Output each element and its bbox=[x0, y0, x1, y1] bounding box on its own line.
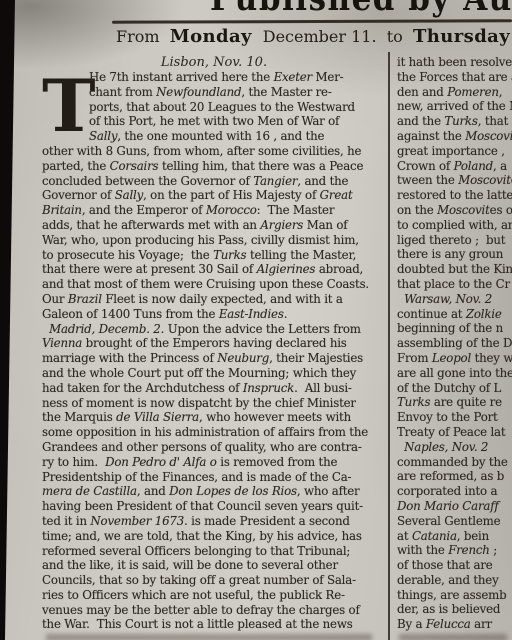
text-line: with the French ; bbox=[397, 543, 512, 558]
text-line: ry to him. Don Pedro d' Alfa o is remove… bbox=[42, 455, 386, 470]
text-line: Grandees and other persons of quality, w… bbox=[42, 440, 386, 455]
text-line: there is any groun bbox=[397, 247, 512, 262]
text-line: it hath been resolved bbox=[397, 55, 512, 70]
text-line: Envoy to the Port bbox=[397, 410, 512, 425]
text-line: on the Moscovites o bbox=[397, 203, 512, 218]
text-line: to prosecute his Voyage; the Turks telli… bbox=[42, 248, 386, 263]
text-line: of the Dutchy of L bbox=[397, 381, 512, 396]
text-line: reformed several Officers belonging to t… bbox=[42, 544, 386, 559]
text-line: new, arrived of the M bbox=[397, 99, 512, 114]
text-line: parted, the Corsairs telling him, that t… bbox=[42, 159, 386, 174]
dateline-day-start: Monday bbox=[170, 26, 252, 47]
text-line: beginning of the n bbox=[397, 321, 512, 336]
text-line: of those that are bbox=[397, 558, 512, 573]
text-line: Sally, the one mounted with 16 , and the bbox=[42, 129, 386, 144]
dateline-to-label: to bbox=[387, 27, 403, 46]
text-line: ness of moment is now dispatcht by the c… bbox=[42, 396, 386, 411]
text-line: Galeon of 1400 Tuns from the East-Indies… bbox=[42, 307, 386, 322]
text-line: Councils, that so by taking off a great … bbox=[42, 573, 386, 588]
text-line: Our Brazil Fleet is now daily expected, … bbox=[42, 292, 386, 307]
text-line: assembling of the D bbox=[397, 336, 512, 351]
right-column-text: it hath been resolvedthe Forces that are… bbox=[397, 55, 512, 632]
left-column: Lisbon, Nov. 10. T He 7th instant arrive… bbox=[42, 55, 386, 632]
text-line: and the whole Court put off the Mourning… bbox=[42, 366, 386, 381]
text-line: time; and, we are told, that the King, b… bbox=[42, 529, 386, 544]
text-line: marriage with the Princess of Neuburg, t… bbox=[42, 351, 386, 366]
text-line: War, who, upon producing his Pass, civil… bbox=[42, 233, 386, 248]
text-line: commanded by the bbox=[397, 455, 512, 470]
text-line: Treaty of Peace lat bbox=[397, 425, 512, 440]
cutoff-text-smudge-right bbox=[399, 634, 507, 640]
text-line: other with 8 Guns, from whom, after some… bbox=[42, 144, 386, 159]
dateline-from-label: From bbox=[116, 27, 160, 46]
text-line: the Marquis de Villa Sierra, who however… bbox=[42, 410, 386, 425]
dateline: From Monday December 11. to Thursday Dec bbox=[116, 26, 512, 47]
text-line: venues may be the better able to defray … bbox=[42, 603, 386, 618]
text-line: and the Turks, that t bbox=[397, 114, 512, 129]
right-column: it hath been resolvedthe Forces that are… bbox=[397, 55, 512, 632]
text-line: adds, that he afterwards met with an Arg… bbox=[42, 218, 386, 233]
text-line: continue at Zolkie bbox=[397, 307, 512, 322]
text-line: things, are assemb bbox=[397, 588, 512, 603]
newspaper-page: Published by Authority From Monday Decem… bbox=[0, 0, 512, 640]
text-line: liged thereto ; but bbox=[397, 233, 512, 248]
text-line: that there were at present 30 Sail of Al… bbox=[42, 262, 386, 277]
text-line: at Catania, bein bbox=[397, 529, 512, 544]
text-line: Crown of Poland, a bbox=[397, 159, 512, 174]
text-line: den and Pomeren, bbox=[397, 85, 512, 100]
text-line: are all gone into the bbox=[397, 366, 512, 381]
text-line: some opposition in his administration of… bbox=[42, 425, 386, 440]
text-line: mera de Castilla, and Don Lopes de los R… bbox=[42, 484, 386, 499]
masthead-fragment: Published by Authority bbox=[210, 0, 512, 19]
cutoff-text-smudge-left bbox=[46, 634, 372, 640]
text-line: ries to Officers which are not useful, t… bbox=[42, 588, 386, 603]
text-line: Several Gentleme bbox=[397, 514, 512, 529]
text-line: From Leopol they w bbox=[397, 351, 512, 366]
text-line: Don Mario Caraff bbox=[397, 499, 512, 514]
masthead-rule bbox=[112, 19, 512, 23]
text-line: the Forces that are a bbox=[397, 70, 512, 85]
text-line: the War. This Court is not a little plea… bbox=[42, 617, 386, 632]
text-line: restored to the latter bbox=[397, 188, 512, 203]
text-line: having been President of that Council se… bbox=[42, 499, 386, 514]
text-line: and the like, it is said, will be done t… bbox=[42, 558, 386, 573]
text-line: against the Moscovit bbox=[397, 129, 512, 144]
dateline-date-mid: December 11. bbox=[263, 27, 377, 46]
text-line: tween the Moscovite bbox=[397, 173, 512, 188]
text-line: Madrid, Decemb. 2. Upon the advice the L… bbox=[42, 322, 386, 337]
text-line: ports, that about 20 Leagues to the West… bbox=[42, 100, 386, 115]
text-line: Warsaw, Nov. 2 bbox=[397, 292, 512, 307]
text-line: are reformed, as b bbox=[397, 469, 512, 484]
text-line: Governor of Sally, on the part of His Ma… bbox=[42, 188, 386, 203]
text-line: chant from Newfoundland, the Master re- bbox=[42, 85, 386, 100]
dateline-day-end: Thursday bbox=[413, 26, 510, 47]
text-line: Britain, and the Emperor of Morocco: The… bbox=[42, 203, 386, 218]
text-line: Vienna brought of the Emperors having de… bbox=[42, 336, 386, 351]
text-line: that place to the Cr bbox=[397, 277, 512, 292]
text-line: Presidentship of the Finances, and is ma… bbox=[42, 470, 386, 485]
text-line: He 7th instant arrived here the Exeter M… bbox=[42, 70, 386, 85]
text-line: concluded between the Governor of Tangie… bbox=[42, 174, 386, 189]
column-divider bbox=[388, 52, 390, 640]
text-line: had taken for the Archdutchess of Inspru… bbox=[42, 381, 386, 396]
text-line: to complied with, an bbox=[397, 218, 512, 233]
text-line: of this Port, he met with two Men of War… bbox=[42, 114, 386, 129]
text-line: der, as is believed bbox=[397, 602, 512, 617]
text-line: Turks are quite re bbox=[397, 395, 512, 410]
text-line: and that most of them were Cruising upon… bbox=[42, 277, 386, 292]
text-line: great importance , bbox=[397, 144, 512, 159]
text-line: corporated into a bbox=[397, 484, 512, 499]
left-column-text: He 7th instant arrived here the Exeter M… bbox=[42, 70, 386, 632]
text-line: ted it in November 1673. is made Preside… bbox=[42, 514, 386, 529]
text-line: By a Felucca arr bbox=[397, 617, 512, 632]
text-line: doubted but the Kin bbox=[397, 262, 512, 277]
text-line: Naples, Nov. 2 bbox=[397, 440, 512, 455]
text-line: derable, and they bbox=[397, 573, 512, 588]
